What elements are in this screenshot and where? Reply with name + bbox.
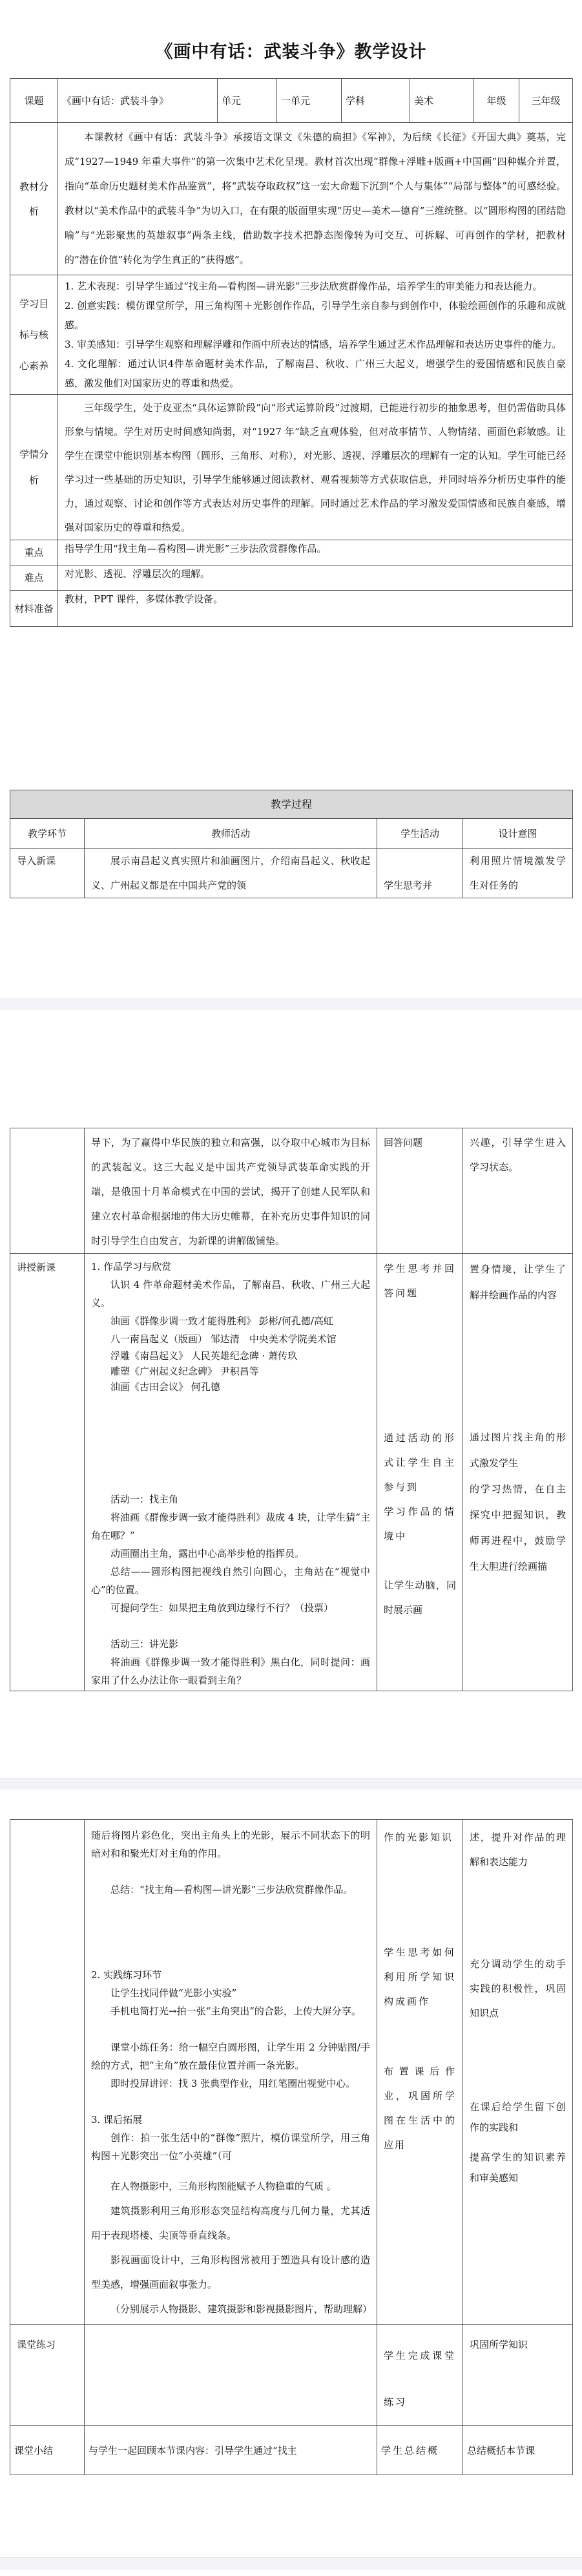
teach-teacher-p2: 1. 作品学习与欣赏 认识 4 件革命题材美术作品，了解南昌、秋收、广州三大起义…	[85, 1254, 377, 1691]
document-title: 《画中有话：武装斗争》教学设计	[0, 37, 582, 63]
teacher-text: 导下，为了赢得中华民族的独立和富强，以夺取中心城市为目标的武装起义。这三大起义是…	[91, 1130, 370, 1253]
subject-value: 美术	[410, 79, 474, 123]
teacher-text: 即时投屏讲评：找 3 张典型作业，用红笔圈出视觉中心。	[91, 2075, 370, 2093]
table-row: 随后将图片彩色化，突出主角头上的光影，展示不同状态下的明暗对和和聚光灯对主角的作…	[10, 1820, 573, 2325]
clipped-line	[470, 2138, 566, 2147]
intent-text: 提高学生的知识素养和审美感知	[470, 2147, 566, 2188]
process-table-p1: 教学过程 教学环节 教师活动 学生活动 设计意图 导入新课 展示南昌起义真实照片…	[10, 790, 573, 898]
process-table-p3: 随后将图片彩色化，突出主角头上的光影，展示不同状态下的明暗对和和聚光灯对主角的作…	[10, 1819, 573, 2475]
unit-label: 单元	[218, 79, 277, 123]
page-separator	[0, 998, 582, 1011]
stage-empty	[10, 1820, 85, 2325]
intro-teacher-start: 展示南昌起义真实照片和油画图片，介绍南昌起义、秋收起义、广州起义都是在中国共产党…	[85, 849, 377, 898]
intro-student-start: 学生思考并	[377, 849, 463, 898]
teach-student-p3: 作的光影知识 学生思考如何利用所学知识构成画作 布置课后作业，巩固所学图在生活中…	[377, 1820, 463, 2325]
materials-label: 材料准备	[10, 591, 58, 627]
objective-item: 4. 文化理解：通过认识4件革命题材美术作品，了解南昌、秋收、广州三大起义，增强…	[65, 354, 566, 393]
teacher-text: 创作：拍一张生活中的“群像”照片，模仿课堂所学，用三角构图＋光影突出一位“小英雄…	[91, 2129, 370, 2165]
teacher-text: 认识 4 件革命题材美术作品，了解南昌、秋收、广州三大起义。	[91, 1276, 370, 1312]
page-3: 随后将图片彩色化，突出主角头上的光影，展示不同状态下的明暗对和和聚光灯对主角的作…	[0, 1789, 582, 2557]
activity-title: 活动一：找主角	[91, 1490, 370, 1508]
teach-student-p2: 学生思考并回答问题 通过活动的形式让学生自主参与到 学习作品的情境中 让学生动脑…	[377, 1254, 463, 1691]
artwork-item: 八一南昌起义（版画） 邹达清 中央美术学院美术馆	[91, 1330, 370, 1348]
objectives-label: 学习目标与核心素养	[10, 275, 58, 395]
grade-value: 三年级	[519, 79, 573, 123]
student-text: 让学生动脑，同时展示画	[384, 1573, 456, 1622]
header-teacher: 教师活动	[85, 819, 377, 849]
teach-teacher-p3: 随后将图片彩色化，突出主角头上的光影，展示不同状态下的明暗对和和聚光灯对主角的作…	[85, 1820, 377, 2325]
student-text: 学生思考如何利用所学知识构成画作	[384, 1940, 456, 2014]
unit-value: 一单元	[277, 79, 342, 123]
topic-value: 《画中有话：武装斗争》	[58, 79, 218, 123]
topic-label: 课题	[10, 79, 58, 123]
activity-title: 活动三：讲光影	[91, 1635, 370, 1653]
student-text: 作的光影知识	[384, 1825, 456, 1850]
teacher-text: 让学生找同伴做“光影小实验”	[91, 1984, 370, 2002]
teacher-text: 手机电筒打光→拍一张“主角突出”的合影，上传大屏分享。	[91, 2002, 370, 2020]
analysis-label: 教材分析	[10, 123, 58, 275]
teacher-text: 将油画《群像步调一致才能得胜利》裁成 4 块，让学生猜“主角在哪？”	[91, 1508, 370, 1545]
section-title: 1. 作品学习与欣赏	[91, 1258, 370, 1276]
intent-text: 置身情境，让学生了解并绘画作品的内容	[470, 1256, 566, 1308]
learner-row: 学情分析 三年级学生，处于皮亚杰“具体运算阶段”向“形式运算阶段”过渡期，已能进…	[10, 395, 573, 540]
intent-text: 充分调动学生的动手实践的积极性，巩固知识点	[470, 1952, 566, 2025]
learner-label: 学情分析	[10, 395, 58, 540]
table-row: 课堂小结 与学生一起回顾本节课内容：引导学生通过“找主 学生总结概 总结概括本节…	[10, 2426, 573, 2475]
materials-row: 材料准备 教材，PPT 课件，多媒体教学设备。	[10, 591, 573, 627]
student-text: 学生思考并回答问题	[384, 1256, 456, 1305]
teacher-text: 随后将图片彩色化，突出主角头上的光影，展示不同状态下的明暗对和和聚光灯对主角的作…	[91, 1826, 370, 1863]
teacher-text: （分别展示人物摄影、建筑摄影和影视摄影图片，帮助理解）	[91, 2297, 370, 2321]
teacher-text: 总结——圆形构图把视线自然引向圆心，主角站在“视觉中心”的位置。	[91, 1563, 370, 1599]
clipped-line	[91, 2165, 370, 2174]
practice-teacher	[85, 2325, 377, 2426]
section-title: 2. 实践练习环节	[91, 1966, 370, 1984]
stage-practice: 课堂练习	[10, 2325, 85, 2426]
teacher-text: 课堂小练任务：给一幅空白圆形图，让学生用 2 分钟贴图/手绘的方式，把“主角”放…	[91, 2038, 370, 2075]
subject-label: 学科	[342, 79, 410, 123]
table-row: 课堂练习 学生完成课堂练习 巩固所学知识	[10, 2325, 573, 2426]
table-row: 导入新课 展示南昌起义真实照片和油画图片，介绍南昌起义、秋收起义、广州起义都是在…	[10, 849, 573, 898]
student-text: 学习作品的情境中	[384, 1499, 456, 1548]
analysis-paragraph: 本课教材《画中有话：武装斗争》承接语文课文《朱德的扁担》《军神》，为后续《长征》…	[65, 125, 566, 272]
stage-wrap: 课堂小结	[10, 2426, 85, 2475]
intent-text: 的学习热情，在自主探究中把握知识，教师再进程中，鼓励学生大胆进行绘画描	[470, 1476, 566, 1579]
teach-intent-p2: 置身情境，让学生了解并绘画作品的内容 通过图片找主角的形式激发学生 的学习热情，…	[463, 1254, 573, 1691]
teacher-text: 展示南昌起义真实照片和油画图片，介绍南昌起义、秋收起义、广州起义都是在中国共产党…	[91, 849, 370, 898]
process-table-p2: 导下，为了赢得中华民族的独立和富强，以夺取中心城市为目标的武装起义。这三大起义是…	[10, 1128, 573, 1691]
intro-intent-start: 利用照片情境激发学生对任务的	[463, 849, 573, 898]
student-text: 布置课后作业，巩固所学图在生活中的应用	[384, 2059, 456, 2157]
table-row: 讲授新课 1. 作品学习与欣赏 认识 4 件革命题材美术作品，了解南昌、秋收、广…	[10, 1254, 573, 1691]
materials-text: 教材，PPT 课件，多媒体教学设备。	[58, 591, 573, 627]
page-separator	[0, 1778, 582, 1790]
objective-item: 1. 艺术表现：引导学生通过“找主角—看构图—讲光影”三步法欣赏群像作品，培养学…	[65, 277, 566, 296]
objectives-row: 学习目标与核心素养 1. 艺术表现：引导学生通过“找主角—看构图—讲光影”三步法…	[10, 275, 573, 395]
wrap-intent: 总结概括本节课	[463, 2426, 573, 2475]
info-row: 课题 《画中有话：武装斗争》 单元 一单元 学科 美术 年级 三年级	[10, 79, 573, 123]
artwork-item: 浮雕《南昌起义》 人民英雄纪念碑 · 萧传玖	[91, 1348, 370, 1364]
teacher-text: 将油画《群像步调一致才能得胜利》黑白化，同时提问：画家用了什么办法让你一眼看到主…	[91, 1653, 370, 1689]
difficulty-label: 难点	[10, 565, 58, 591]
artwork-item: 油画《群像步调一致才能得胜利》 彭彬/何孔德/高虹	[91, 1312, 370, 1330]
teacher-text: 可提问学生：如果把主角放到边缘行不行？（投票）	[91, 1599, 370, 1617]
analysis-text: 本课教材《画中有话：武装斗争》承接语文课文《朱德的扁担》《军神》，为后续《长征》…	[58, 123, 573, 275]
stage-empty	[10, 1128, 85, 1254]
process-header-row: 教学环节 教师活动 学生活动 设计意图	[10, 819, 573, 849]
grade-label: 年级	[474, 79, 519, 123]
teach-intent-p3: 述，提升对作品的理解和表达能力 充分调动学生的动手实践的积极性，巩固知识点 在课…	[463, 1820, 573, 2325]
teacher-text: 总结：“找主角—看构图—讲光影”三步法欣赏群像作品。	[91, 1881, 370, 1899]
analysis-row: 教材分析 本课教材《画中有话：武装斗争》承接语文课文《朱德的扁担》《军神》，为后…	[10, 123, 573, 275]
intro-teacher-cont: 导下，为了赢得中华民族的独立和富强，以夺取中心城市为目标的武装起义。这三大起义是…	[85, 1128, 377, 1254]
teacher-text: 动画圈出主角，露出中心高举步枪的指挥员。	[91, 1545, 370, 1563]
teacher-text: 建筑摄影利用三角形形态突显结构高度与几何力量，尤其适用于表现塔楼、尖顶等垂直线条…	[91, 2199, 370, 2248]
stage-teach: 讲授新课	[10, 1254, 85, 1691]
practice-intent: 巩固所学知识	[463, 2325, 573, 2426]
lesson-info-table: 课题 《画中有话：武装斗争》 单元 一单元 学科 美术 年级 三年级 教材分析 …	[10, 78, 573, 627]
objectives-list: 1. 艺术表现：引导学生通过“找主角—看构图—讲光影”三步法欣赏群像作品，培养学…	[58, 275, 573, 395]
stage-intro: 导入新课	[10, 849, 85, 898]
intent-text: 通过图片找主角的形式激发学生	[470, 1424, 566, 1476]
teacher-text: 影视画面设计中，三角形构图常被用于塑造具有设计感的造型美感，增强画面叙事张力。	[91, 2248, 370, 2297]
process-band: 教学过程	[10, 790, 573, 819]
artwork-item: 雕塑《广州起义纪念碑》 尹积昌等	[91, 1364, 370, 1379]
intro-intent-cont: 兴趣，引导学生进入学习状态。	[463, 1128, 573, 1254]
wrap-teacher: 与学生一起回顾本节课内容：引导学生通过“找主	[85, 2426, 377, 2475]
header-student: 学生活动	[377, 819, 463, 849]
student-text: 通过活动的形式让学生自主参与到	[384, 1426, 456, 1499]
objective-item: 2. 创意实践：模仿课堂所学，用三角构图＋光影创作作品，引导学生亲自参与到创作中…	[65, 296, 566, 335]
artwork-item: 油画《古田会议》 何孔德	[91, 1379, 370, 1395]
key-point-label: 重点	[10, 540, 58, 565]
difficulty-row: 难点 对光影、透视、浮雕层次的理解。	[10, 565, 573, 591]
page-separator	[0, 2557, 582, 2570]
objective-item: 3. 审美感知：引导学生观察和理解浮雕和作画中所表达的情感，培养学生通过艺术作品…	[65, 335, 566, 354]
header-intent: 设计意图	[463, 819, 573, 849]
key-point-text: 指导学生用“找主角—看构图—讲光影”三步法欣赏群像作品。	[58, 540, 573, 565]
intro-student-cont: 回答问题	[377, 1128, 463, 1254]
learner-paragraph: 三年级学生，处于皮亚杰“具体运算阶段”向“形式运算阶段”过渡期，已能进行初步的抽…	[65, 396, 566, 540]
header-stage: 教学环节	[10, 819, 85, 849]
section-title: 3. 课后拓展	[91, 2111, 370, 2129]
table-row: 导下，为了赢得中华民族的独立和富强，以夺取中心城市为目标的武装起义。这三大起义是…	[10, 1128, 573, 1254]
wrap-student: 学生总结概	[377, 2426, 463, 2475]
intent-text: 述，提升对作品的理解和表达能力	[470, 1825, 566, 1874]
teacher-text: 在人物摄影中，三角形构图能赋予人物稳重的气质 。	[91, 2174, 370, 2199]
learner-text: 三年级学生，处于皮亚杰“具体运算阶段”向“形式运算阶段”过渡期，已能进行初步的抽…	[58, 395, 573, 540]
page-2: 导下，为了赢得中华民族的独立和富强，以夺取中心城市为目标的武装起义。这三大起义是…	[0, 1010, 582, 1778]
key-point-row: 重点 指导学生用“找主角—看构图—讲光影”三步法欣赏群像作品。	[10, 540, 573, 565]
difficulty-text: 对光影、透视、浮雕层次的理解。	[58, 565, 573, 591]
page-1: 《画中有话：武装斗争》教学设计 课题 《画中有话：武装斗争》 单元 一单元 学科…	[0, 0, 582, 998]
practice-student: 学生完成课堂练习	[377, 2325, 463, 2426]
intent-text: 在课后给学生留下创作的实践和	[470, 2096, 566, 2138]
